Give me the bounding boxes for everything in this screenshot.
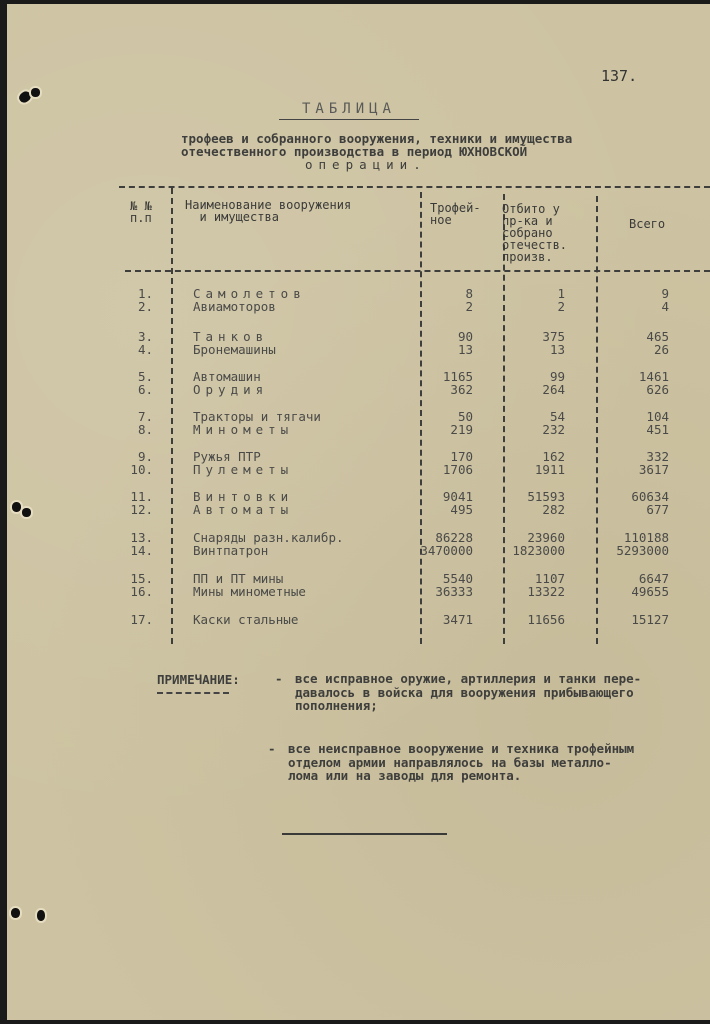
cell-total: 626 [597, 384, 669, 396]
cell-captured: 13 [407, 344, 473, 356]
cell-recovered: 1823000 [497, 545, 565, 557]
header-recovered: Отбито у пр-ка и собрано отечеств. произ… [502, 203, 567, 263]
row-number: 14. [117, 545, 153, 557]
cell-total: 49655 [597, 586, 669, 598]
cell-total: 3617 [597, 464, 669, 476]
punch-hole [22, 508, 31, 517]
cell-total: 15127 [597, 614, 669, 626]
cell-captured: 3470000 [407, 545, 473, 557]
punch-hole [11, 908, 20, 918]
cell-recovered: 2 [497, 301, 565, 313]
cell-captured: 495 [407, 504, 473, 516]
cell-total: 4 [597, 301, 669, 313]
cell-captured: 3471 [407, 614, 473, 626]
end-rule [282, 833, 447, 835]
punch-hole [37, 910, 45, 921]
row-item-name: Автоматы [193, 504, 293, 516]
note-line: отделом армии направлялось на базы метал… [288, 756, 634, 770]
document-subtitle: трофеев и собранного вооружения, техники… [181, 132, 681, 171]
cell-captured: 2 [407, 301, 473, 313]
subtitle-line: отечественного производства в период ЮХН… [181, 145, 681, 158]
subtitle-line: операции. [181, 158, 681, 171]
cell-total: 5293000 [597, 545, 669, 557]
cell-captured: 36333 [407, 586, 473, 598]
document-title: ТАБЛИЦА [279, 101, 419, 120]
row-item-name: Бронемашины [193, 344, 276, 356]
row-item-name: Пулеметы [193, 464, 293, 476]
header-name: Наименование вооружения и имущества [185, 199, 351, 223]
row-number: 4. [117, 344, 153, 356]
note-label: ПРИМЕЧАНИЕ: [157, 672, 240, 687]
cell-captured: 219 [407, 424, 473, 436]
note-line: лома или на заводы для ремонта. [288, 769, 634, 783]
note-line: все исправное оружие, артиллерия и танки… [295, 672, 641, 686]
page-number: 137. [601, 67, 637, 85]
document-page: 137. ТАБЛИЦА трофеев и собранного вооруж… [7, 4, 710, 1020]
row-number: 10. [117, 464, 153, 476]
punch-hole [12, 502, 21, 512]
row-number: 6. [117, 384, 153, 396]
cell-recovered: 11656 [497, 614, 565, 626]
row-item-name: Авиамоторов [193, 301, 276, 313]
row-item-name: Винтпатрон [193, 545, 268, 557]
note-line: все неисправное вооружение и техника тро… [288, 742, 634, 756]
header-total: Всего [629, 218, 665, 230]
note-line: пополнения; [295, 699, 641, 713]
cell-total: 451 [597, 424, 669, 436]
cell-recovered: 13322 [497, 586, 565, 598]
cell-recovered: 13 [497, 344, 565, 356]
cell-recovered: 1 [497, 288, 565, 300]
note-item: - все неисправное вооружение и техника т… [288, 742, 634, 783]
note-label-underline [157, 692, 229, 694]
row-item-name: Каски стальные [193, 614, 298, 626]
cell-recovered: 264 [497, 384, 565, 396]
cell-recovered: 232 [497, 424, 565, 436]
punch-hole [31, 88, 40, 97]
row-item-name: Орудия [193, 384, 268, 396]
table-top-border [119, 186, 710, 188]
cell-recovered: 282 [497, 504, 565, 516]
header-num: № № п.п [130, 200, 152, 224]
cell-captured: 1706 [407, 464, 473, 476]
column-divider [171, 188, 173, 644]
row-number: 16. [117, 586, 153, 598]
header-captured: Трофей- ное [430, 202, 481, 226]
note-item: - все исправное оружие, артиллерия и тан… [295, 672, 641, 713]
row-number: 2. [117, 301, 153, 313]
cell-captured: 8 [407, 288, 473, 300]
cell-captured: 362 [407, 384, 473, 396]
table-header-border [125, 270, 710, 272]
note-line: давалось в войска для вооружения прибыва… [295, 686, 641, 700]
row-item-name: Мины минометные [193, 586, 306, 598]
row-item-name: Минометы [193, 424, 293, 436]
cell-total: 9 [597, 288, 669, 300]
row-number: 12. [117, 504, 153, 516]
row-number: 8. [117, 424, 153, 436]
cell-total: 677 [597, 504, 669, 516]
row-number: 17. [117, 614, 153, 626]
cell-recovered: 1911 [497, 464, 565, 476]
cell-total: 26 [597, 344, 669, 356]
